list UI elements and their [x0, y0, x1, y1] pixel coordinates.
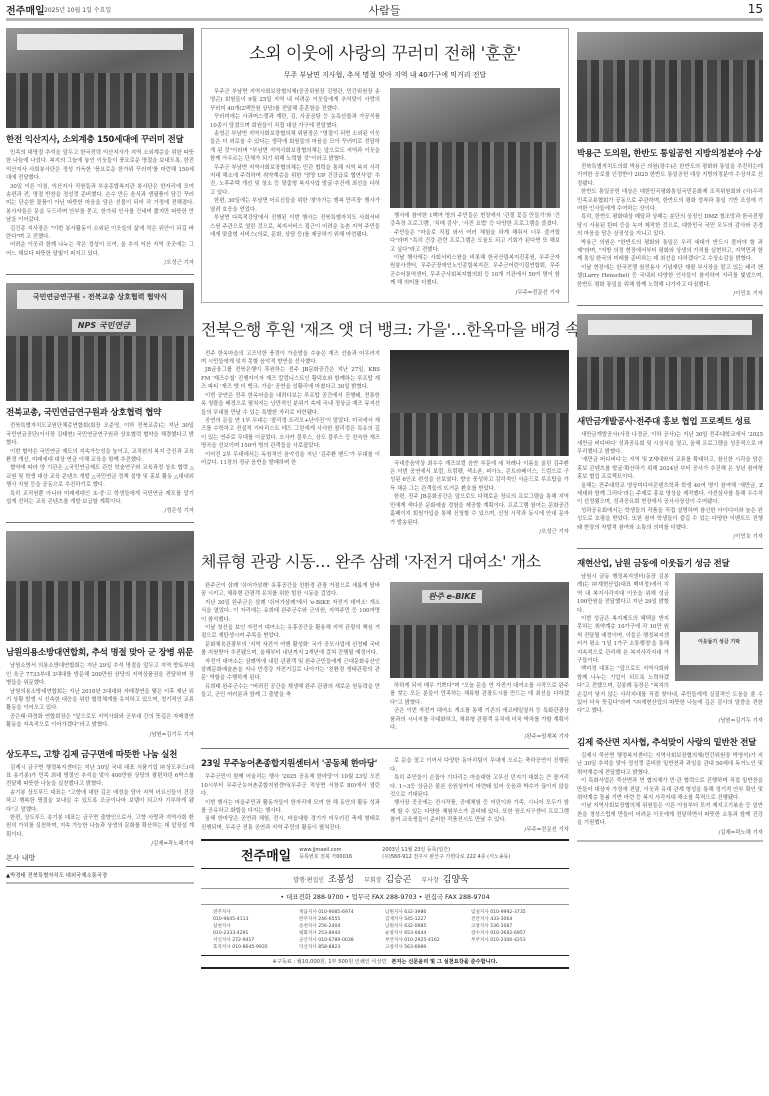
feature-headline[interactable]: 소외 이웃에 사랑의 꾸러미 전해 '훈훈'	[210, 39, 560, 64]
article-paragraph: 로 문을 열고 이어서 다양한 동아리팀이 무대에 오르는 축하공연이 진행된다…	[390, 757, 569, 774]
article-paragraph: 남원의용소방대연합회는 지난 2018년 3대대와 자매결연을 맺은 이후 재난…	[6, 688, 194, 713]
article-paragraph: 올해는 전주대학교 영상미디어콘텐츠학과 학생 40여 명이 참여해 '새만금,…	[577, 482, 763, 507]
article-paragraph: 이번 행사는 마을주민과 활동가들이 한자리에 모여 한 해 동안의 활동 성과…	[201, 799, 380, 816]
article-paragraph: 특히, 한반도 평화대상 메달과 상패는 분단의 상징인 DMZ 철조망과 한국…	[577, 213, 763, 238]
photo-donation: 이웃돕기 성금 기탁	[675, 573, 763, 681]
photo-sign: 완주 e-BIKE	[422, 590, 482, 603]
branch-directory: 전주지사010-9645-4113 삼천지사010-2333-4291 서신지사…	[201, 905, 569, 955]
visitor-item: ▲박경태 전북특별자치도 대외국제소통국장	[6, 867, 194, 884]
article-paragraph: 국대중음악상 최우수 재즈보컬 음반 부문에 세 차례나 이름을 올린 김주환은…	[390, 460, 569, 494]
photo-award-ceremony	[577, 32, 763, 142]
byline: /김제=곽노해 기자	[577, 828, 763, 836]
feature-box: 소외 이웃에 사랑의 꾸러미 전해 '훈훈' 무주 부남면 지사협, 추석 명절…	[201, 28, 569, 303]
article-headline[interactable]: 한전 익산지사, 소외계층 150세대에 꾸러미 전달	[6, 133, 194, 145]
vice-president-name: 김양욱	[443, 875, 469, 885]
divider	[577, 548, 763, 549]
phone-numbers: • 대표전화 288-9700 • 업무국 FAX 288-9703 • 편집국…	[201, 889, 569, 905]
article-paragraph: 성과공유회에서는 학생들의 작품을 직접 설명하며 참신한 아이디어와 높은 완…	[577, 507, 763, 532]
divider	[577, 840, 763, 842]
article-headline[interactable]: 재현산업, 남원 금동에 이웃돕기 성금 전달	[577, 557, 763, 569]
article-paragraph: 송영곤 부남면 지역사회보장협의체 위원장은 "명절이 되면 소외된 이웃들은 …	[210, 130, 380, 164]
article-paragraph: 한편, 상도푸드 송기봉 대표는 금구면 출향인으로서, 고향 사랑과 지역사회…	[6, 814, 194, 839]
byline: /무주=전문선 기자	[390, 825, 569, 833]
byline: /이민호 기자	[577, 289, 763, 297]
divider	[6, 522, 194, 523]
article-paragraph: 협약에 따라 양 기관은 △국민연금제도 관련 학술연구와 교육과정 상호 협력…	[6, 464, 194, 489]
article-paragraph: 이번 협약은 국민연금 제도의 지속가능성을 높이고, 교직원의 복지 증진과 …	[6, 448, 194, 465]
photo-community-event	[390, 88, 560, 208]
staff-line: 발행·편집인 조봉성 부회장 김승곤 부사장 김양욱	[201, 869, 569, 889]
address: (우)560-912 전주시 완산구 가련다로 222 4층 (서노송동)	[382, 854, 510, 861]
middle-column: 소외 이웃에 사랑의 꾸러미 전해 '훈훈' 무주 부남면 지사협, 추석 명절…	[201, 28, 569, 969]
article-paragraph: 자전거 대여소는 삼례역에 내린 관광객 및 완주군민들에게 근대문화유산인 삼…	[201, 658, 380, 683]
article-headline[interactable]: 새만금개발공사·전주대 홍보 협업 프로젝트 성료	[577, 415, 763, 427]
photo-banner: 국민연금연구원 - 전북교총 상호협력 협약식	[17, 290, 182, 309]
article-paragraph: 행사에 참여한 1백여 명의 주민들은 현장에서 '관절 꽃길 만들기'와 '건…	[390, 212, 560, 229]
article-paragraph: 이날 지역사회보장협의체 위원들은 이른 아침부터 모여 제지고기볶음 등 밑반…	[577, 802, 763, 827]
article-paragraph: JB금융그룹 전북은행이 후원하는 전주 JB문화공간은 지난 27일, KBS…	[201, 366, 380, 391]
imprint-logo: 전주매일	[241, 845, 291, 864]
byline: /무주=전문선 기자	[390, 288, 560, 296]
article-paragraph: 완주군이 삼례 '쉬어가삼례' 유휴공간을 친환경 관광 거점으로 새롭게 탈바…	[201, 582, 380, 599]
article-paragraph: 공연의 문을 연 1부 무대는 '찰리정 트리오+난아진'이 맡았다. 미국에서…	[201, 417, 380, 451]
masthead: 전주매일 2025년 10월 1일 수요일 사람들 15	[6, 2, 763, 18]
publisher-name: 조봉성	[328, 875, 354, 885]
article-paragraph: 문화체육관광부의 '지역 자전거 여행 활성화' 국가 공모사업에 선정돼 국비…	[201, 641, 380, 658]
article-paragraph: 전북특별자치도의회 박용근 의원(장수)은 한반도의 평화와 통일을 추진하는데…	[577, 163, 763, 188]
photo-saemangeum-students	[577, 314, 763, 410]
article-paragraph: '새만금 버디버디'는 지역 및 Z세대와의 교류를 확대하고, 참신한 시각을…	[577, 456, 763, 481]
article-headline[interactable]: 전북교총, 국민연금연구원과 상호협력 협약	[6, 406, 194, 418]
article-paragraph: 어려운 이웃과 함께 나누는 작은 정성이 모여, 올 추석 익산 지역 곳곳에…	[6, 241, 194, 258]
article-paragraph: 군은 이번 자전거 대여소 개소를 통해 기존의 에코레일열차 등 특화관광상품…	[390, 707, 569, 732]
ethics-statement: 본지는 신문윤리 및 그 실천요강을 준수합니다.	[391, 959, 497, 965]
article-paragraph: 이번 공연은 전주 한옥마을을 내려다보는 루프탑 공간에서 진행돼, 전통한옥…	[201, 392, 380, 417]
article-paragraph: 행사장 곳곳에는 전시작품, 공예체험 등 어린이와 가족, 시니어 모두가 함…	[390, 799, 569, 824]
divider	[201, 748, 569, 749]
bike-headline[interactable]: 체류형 관광 시동… 완주 삼례 '자전거 대여소' 개소	[201, 549, 569, 572]
article-headline[interactable]: 남원의용소방대연합회, 추석 명절 맞아 군 장병 위문	[6, 646, 194, 658]
article-paragraph: 이날 첫선을 보인 자전거 대여소는 유휴공간을 활용해 지역 관광의 핵심 거…	[201, 624, 380, 641]
byline: /김제=곽노해기자	[6, 839, 194, 847]
article-paragraph: 무주군 부남면 지역사회보장협의체는 민관 협력을 통해 지역 복지 사각지대 …	[210, 164, 380, 198]
article-paragraph: 유희태 완주군수는 "버려진 공간을 재생해 완주 관광의 새로운 원동력을 만…	[201, 683, 380, 700]
article-headline[interactable]: 상도푸드, 고향 김제 금구면에 따뜻한 나눔 실천	[6, 748, 194, 760]
jazz-headline[interactable]: 전북은행 후원 '재즈 앳 더 뱅크: 가을'…한옥마을 배경 속 성료	[201, 317, 569, 340]
byline: /오성근 기자	[6, 258, 194, 266]
divider	[6, 274, 194, 275]
page-number: 15	[748, 2, 763, 16]
article-paragraph: 남원소방서 의용소방대연합회는 지난 29일 추석 명절을 앞두고 지역 향토부…	[6, 662, 194, 687]
byline: /완주=엄재복 기자	[390, 732, 569, 740]
article-paragraph: 특히 주민들이 손꼽아 기다리는 마을대항 고무신 던지기 대회는 큰 볼거리다…	[390, 774, 569, 799]
article-paragraph: 한반도 통일공헌 대상은 대한민국평화통일국민문화제 조직위원회와 (사)우리민…	[577, 188, 763, 213]
feature-subheadline: 무주 부남면 지사협, 추석 명절 맞아 지역 내 40가구에 먹거리 전달	[210, 70, 560, 80]
photo-fire-volunteers-visit	[6, 531, 194, 641]
article-paragraph: 한편, 전주 JB문화공간은 앞으로도 다채로운 장르의 프로그램을 통해 지역…	[390, 493, 569, 527]
article-paragraph: 김제시 죽산면 행정복지센터는 지역사회보장협의체(민간위원장 박영석)가 지난…	[577, 752, 763, 777]
article-paragraph: 이어진 2부 무대에서는 독창적인 음악성을 지닌 '김주환 밴드'가 무대를 …	[201, 451, 380, 468]
article-paragraph: 이날 행사에는 사회서비스원을 비롯해 한국산림복지진흥원, 무주군자원봉사센터…	[390, 254, 560, 288]
article-paragraph: 한편, 30일에는 부남면 어르신들을 위한 '찾아가는 행복 만리장' 행사가…	[210, 197, 380, 214]
article-paragraph: 주민들은 "마을로 직접 와서 여러 체험을 하게 해줘서 너무 즐거웠다"라며…	[390, 229, 560, 254]
article-paragraph: 30일 이른 아침, 익산지사 직원들과 부송종합복지관 봉사단은 한자리에 모…	[6, 183, 194, 225]
article-paragraph: 이 특화사업은 죽산면과 면 협의체가 민·관 협력으로 진행하며 직접 밑반찬…	[577, 777, 763, 802]
byline: /남원=김기두 기자	[577, 716, 763, 724]
article-headline[interactable]: 23일 무주농어촌종합지원센터서 '공동체 한마당'	[201, 757, 380, 769]
divider	[577, 305, 763, 306]
publisher-imprint: 전주매일 www.jjmaeil.com 등록번호 전북 가00016 2003…	[201, 839, 569, 969]
photo-ebike-opening: 완주 e-BIKE	[390, 582, 569, 678]
article-paragraph: 민족의 대명절 추석을 앞두고 한국전력 익산지사가 지역 소외계층을 위한 따…	[6, 149, 194, 183]
article-paragraph: 공은태·곽정화 연합회장은 "앞으로도 지역사회와 군부대 간의 뜻깊은 자매결…	[6, 713, 194, 730]
article-paragraph: 새만금개발공사(사장 나경균, 이하 공사)는 지난 30일 전주대학교에서 '…	[577, 431, 763, 456]
photo-sign: NPS 국민연금	[72, 319, 136, 332]
section-title: 사람들	[6, 2, 763, 18]
photo-banner	[17, 34, 182, 50]
byline: /남원=김기두 기자	[6, 730, 194, 738]
byline: /오성근 기자	[390, 527, 569, 535]
byline: /정은성 기자	[6, 506, 194, 514]
article-paragraph: 꾸러미에는 사과머스캣과 계란, 김, 사골곰탕 등 농특산물과 가공식품 10…	[210, 113, 380, 130]
article-paragraph: 이날 현장에는 한국전쟁 참전용사 기념재단 재팔 부사장을 맡고 있는 래리 …	[577, 264, 763, 289]
subscription-info: ※구독료 : 월10,000원, 1부 500원 인쇄인 이상민	[272, 959, 386, 965]
photo-sign: 이웃돕기 성금 기탁	[680, 632, 757, 664]
article-paragraph: 김제시 금구면 행정복지센터는 지난 30일 국내 대표 식품기업 ㈜상도푸드(…	[6, 764, 194, 789]
article-headline[interactable]: 박용근 도의원, 한반도 통일공헌 지방의정분야 수상	[577, 147, 763, 159]
article-paragraph: 무주군 부남면 지역사회보장협의체(공공위원장 김명관, 민간위원장 송영곤) …	[210, 88, 380, 113]
registration-number: 등록번호 전북 가00016	[299, 854, 352, 861]
article-paragraph: 지난 30일 완주군은 삼례 '쉬어가삼례'에서 'e-BIKE 자전거 대여소…	[201, 599, 380, 624]
article-paragraph: 송기봉 상도푸드 대표는 "고향에 대한 깊은 애정을 담아 지역 어르신들이 …	[6, 789, 194, 814]
photo-kepco-volunteers	[6, 28, 194, 128]
imprint-footer: ※구독료 : 월10,000원, 1부 500원 인쇄인 이상민 본지는 신문윤…	[201, 955, 569, 967]
article-paragraph: 김건종 지사장은 "이번 봉사활동이 소외된 이웃들의 삶에 작은 위안이 되길…	[6, 225, 194, 242]
article-paragraph: 부남면 다목적강당에서 진행된 이번 행사는 전북특별자치도 사회서비스원 주관…	[210, 214, 380, 239]
article-paragraph: 무주군민이 함께 어울리는 행사 '2025 공동체 한마당'이 10월 23일…	[201, 773, 380, 798]
article-paragraph: 올해 한마당은 공연과 체험, 전시, 마을대항 경기가 어우러진 축제 형태로…	[201, 815, 380, 832]
article-paragraph: 하하게 되어 매우 기쁘다"며 "오늘 문을 연 자전거 대여소를 시작으로 완…	[390, 682, 569, 707]
vice-chair-name: 김승곤	[385, 875, 411, 885]
article-paragraph: 전주 한옥마을의 고즈넉한 풍경이 가을밤을 수놓은 재즈 선율과 어우러지며 …	[201, 350, 380, 367]
article-paragraph: 전북특별자치도교원단체총연합회(회장 오준영, 이하 전북교총)는 지난 30일…	[6, 422, 194, 447]
photo-nps-agreement: 국민연금연구원 - 전북교총 상호협력 협약식 NPS 국민연금	[6, 283, 194, 401]
article-headline[interactable]: 김제 죽산면 지사협, 추석맞이 사랑의 밑반찬 전달	[577, 736, 763, 748]
masthead-rule	[6, 18, 763, 21]
photo-jazz-concert	[390, 350, 569, 456]
visitors-section-label: 본사 내방	[6, 853, 194, 867]
byline: /이민호 기자	[577, 532, 763, 540]
right-column: 박용근 도의원, 한반도 통일공헌 지방의정분야 수상 전북특별자치도의회 박용…	[577, 28, 763, 842]
left-column: 한전 익산지사, 소외계층 150세대에 꾸러미 전달 민족의 대명절 추석을 …	[6, 28, 194, 884]
article-paragraph: 박용근 의원은 "한반도의 평화와 통일은 우리 세대가 반드시 풀어야 할 과…	[577, 239, 763, 264]
article-paragraph: 특히 교직원뿐 아니라 미래세대인 초·중·고 학생들에게 국민연금 제도를 알…	[6, 490, 194, 507]
